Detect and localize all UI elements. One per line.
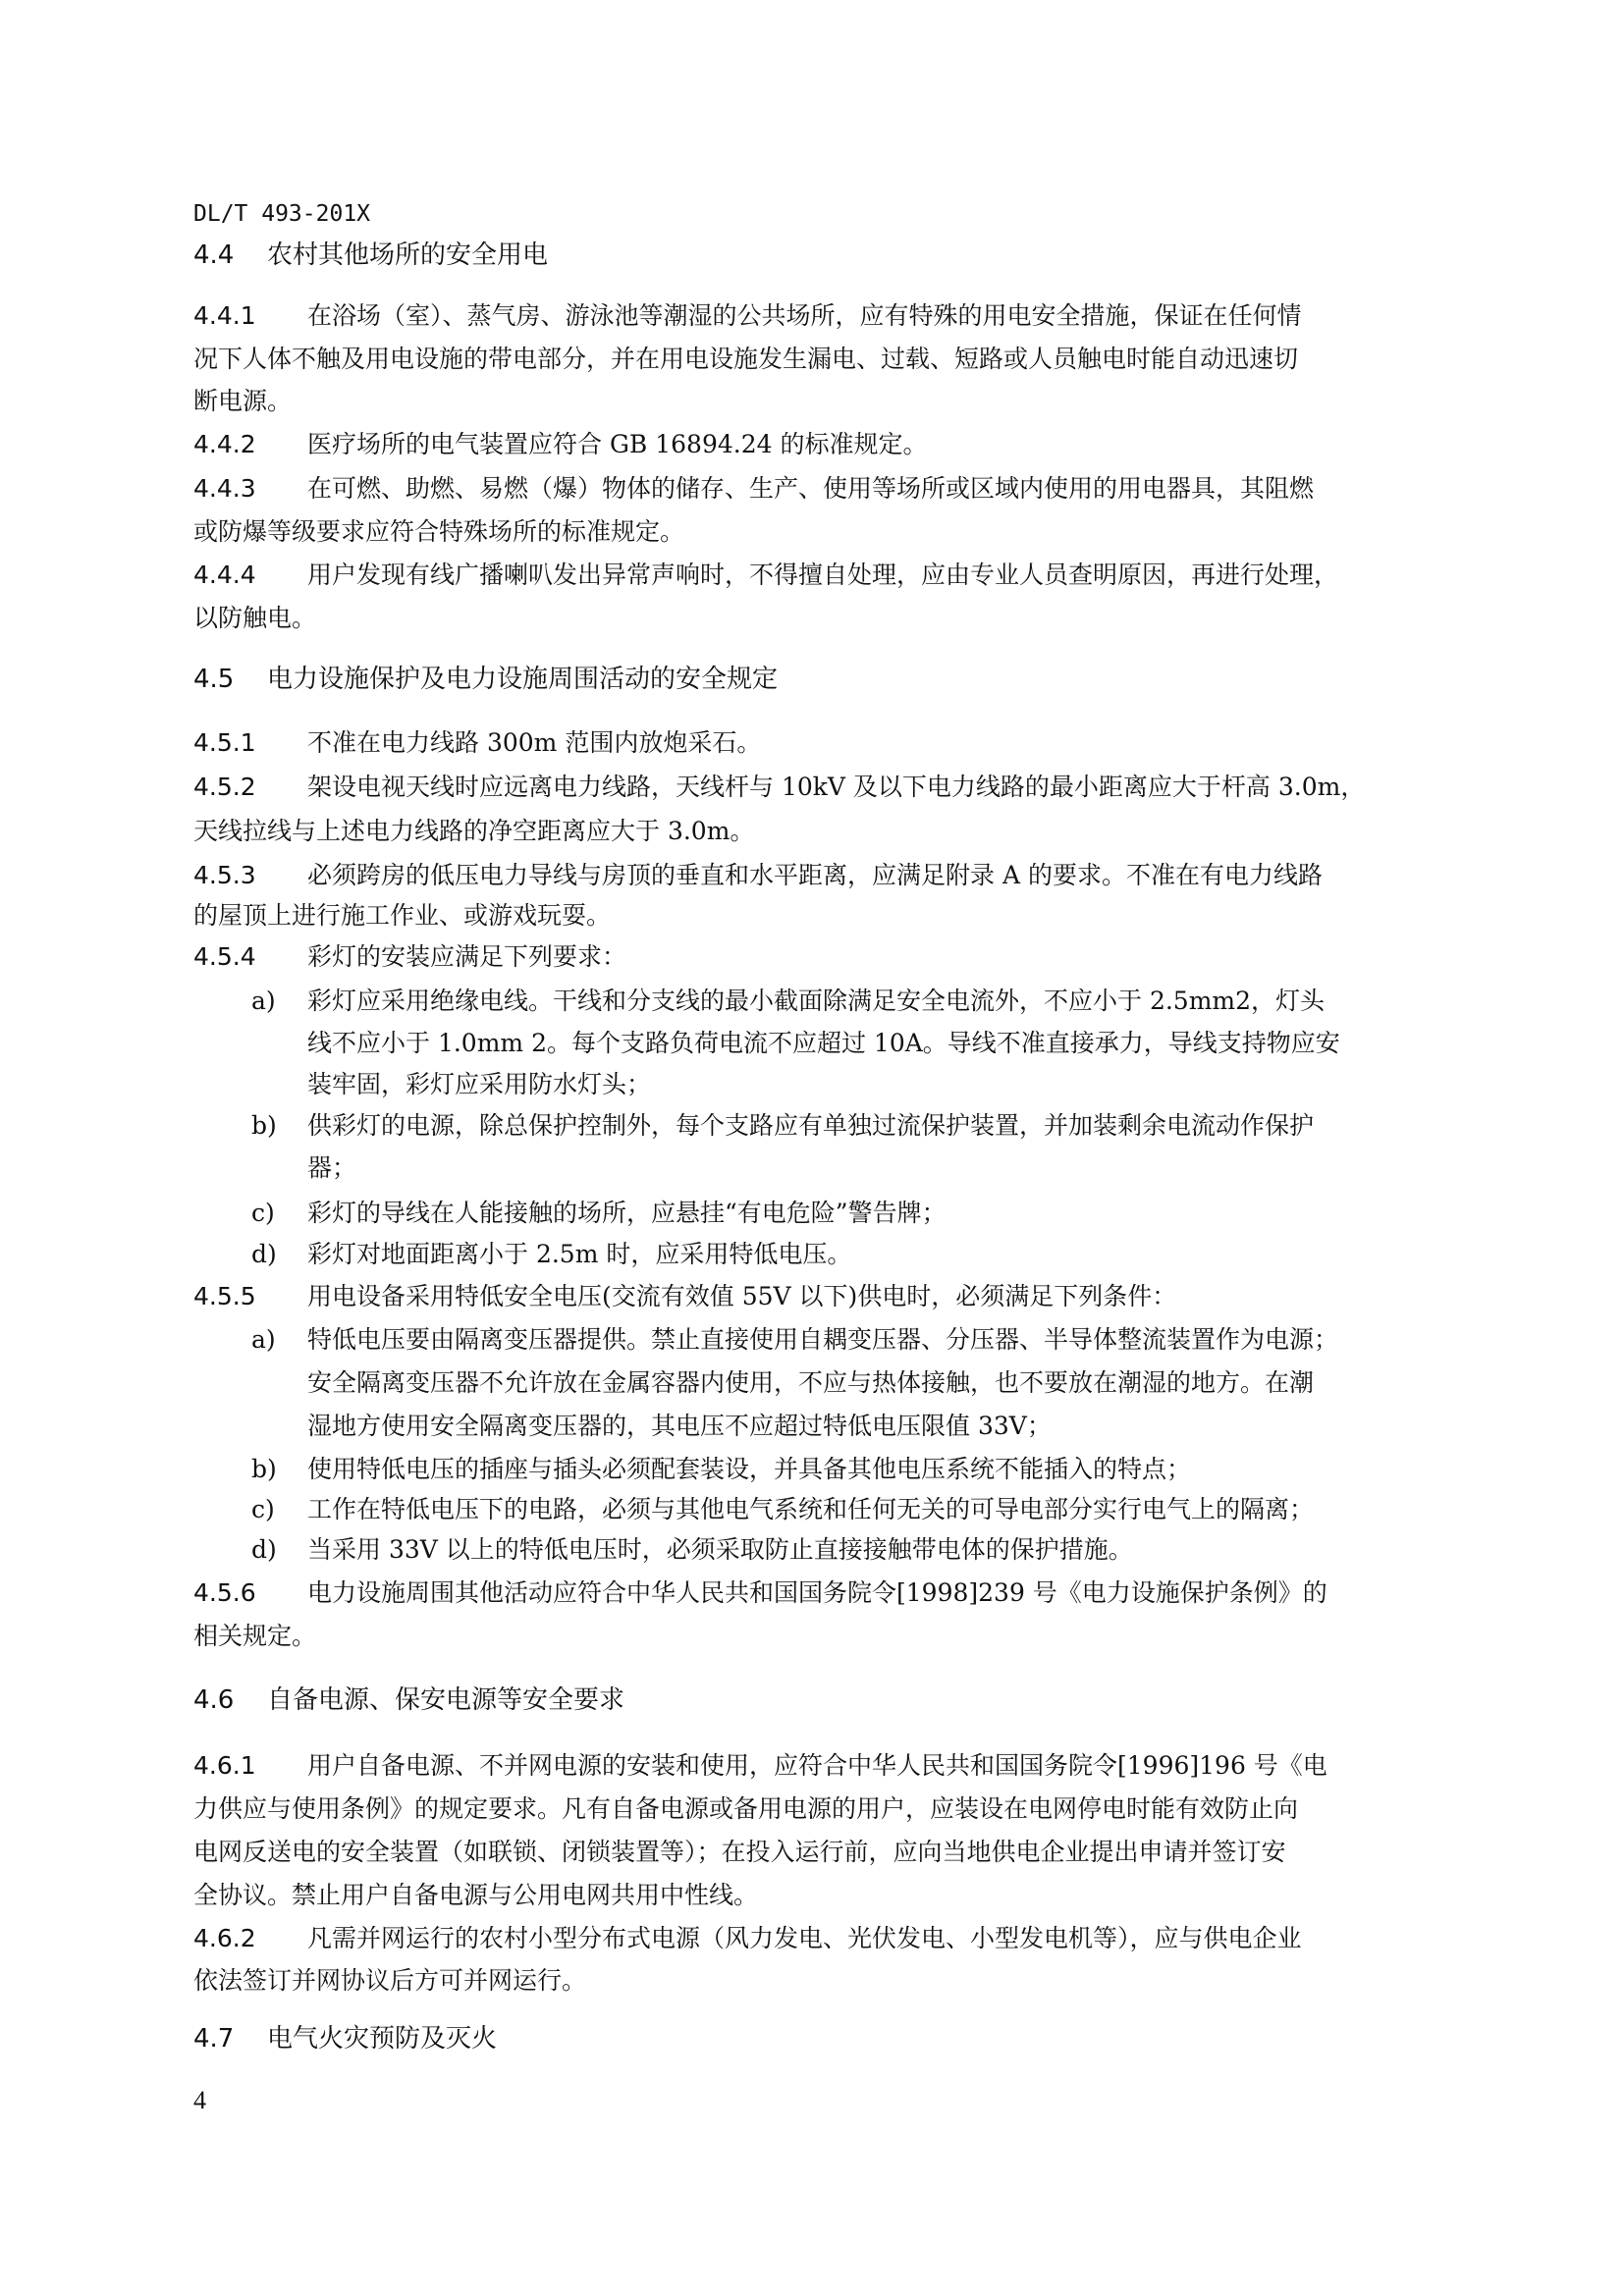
clause-text: 用户发现有线广播喇叭发出异常声响时，不得擅自处理，应由专业人员查明原因，再进行处… — [307, 561, 1338, 589]
clause-4-6-1: 4.6.1用户自备电源、不并网电源的安装和使用，应符合中华人民共和国国务院令[1… — [193, 1751, 1327, 1781]
clause-4-5-5: 4.5.5用电设备采用特低安全电压(交流有效值 55V 以下)供电时，必须满足下… — [193, 1282, 1176, 1311]
clause-4-5-1: 4.5.1不准在电力线路 300m 范围内放炮采石。 — [193, 728, 761, 758]
section-title: 自备电源、保安电源等安全要求 — [267, 1685, 624, 1715]
clause-4-4-1-line-3: 断电源。 — [193, 387, 292, 416]
clause-number: 4.5.1 — [193, 728, 307, 758]
clause-4-5-4: 4.5.4彩灯的安装应满足下列要求： — [193, 942, 626, 972]
clause-4-6-2: 4.6.2凡需并网运行的农村小型分布式电源（风力发电、光伏发电、小型发电机等），… — [193, 1924, 1302, 1953]
section-heading-4-6: 4.6自备电源、保安电源等安全要求 — [193, 1685, 624, 1715]
page-number: 4 — [193, 2086, 206, 2115]
clause-4-5-2-line-2: 天线拉线与上述电力线路的净空距离应大于 3.0m。 — [193, 817, 754, 846]
list-marker: a) — [251, 1325, 276, 1355]
list-item-a-line-1: 彩灯应采用绝缘电线。干线和分支线的最小截面除满足安全电流外，不应小于 2.5mm… — [307, 987, 1325, 1016]
list-marker: b) — [251, 1455, 277, 1484]
clause-4-6-1-line-4: 全协议。禁止用户自备电源与公用电网共用中性线。 — [193, 1881, 758, 1910]
clause-text: 在浴场（室）、蒸气房、游泳池等潮湿的公共场所，应有特殊的用电安全措施，保证在任何… — [307, 301, 1302, 330]
section-heading-4-7: 4.7电气火灾预防及灭火 — [193, 2024, 497, 2054]
clause-4-4-1-line-2: 况下人体不触及用电设施的带电部分，并在用电设施发生漏电、过载、短路或人员触电时能… — [193, 345, 1298, 374]
list-item-b: 使用特低电压的插座与插头必须配套装设，并具备其他电压系统不能插入的特点； — [307, 1455, 1191, 1484]
clause-text: 必须跨房的低压电力导线与房顶的垂直和水平距离，应满足附录 A 的要求。不准在有电… — [307, 861, 1323, 889]
clause-number: 4.4.2 — [193, 430, 307, 459]
clause-text: 凡需并网运行的农村小型分布式电源（风力发电、光伏发电、小型发电机等），应与供电企… — [307, 1924, 1302, 1952]
list-marker: c) — [251, 1495, 275, 1524]
clause-4-4-2: 4.4.2医疗场所的电气装置应符合 GB 16894.24 的标准规定。 — [193, 430, 927, 459]
clause-text: 医疗场所的电气装置应符合 GB 16894.24 的标准规定。 — [307, 430, 927, 458]
list-marker: d) — [251, 1535, 277, 1565]
list-item-a-line-1: 特低电压要由隔离变压器提供。禁止直接使用自耦变压器、分压器、半导体整流装置作为电… — [307, 1325, 1338, 1355]
list-marker: a) — [251, 987, 276, 1016]
list-marker: b) — [251, 1111, 277, 1141]
clause-text: 不准在电力线路 300m 范围内放炮采石。 — [307, 728, 761, 757]
clause-4-4-4-line-2: 以防触电。 — [193, 604, 316, 633]
clause-text: 用电设备采用特低安全电压(交流有效值 55V 以下)供电时，必须满足下列条件： — [307, 1282, 1176, 1310]
document-id: DL/T 493-201X — [193, 199, 370, 229]
section-number: 4.7 — [193, 2024, 267, 2054]
clause-4-6-2-line-2: 依法签订并网协议后方可并网运行。 — [193, 1966, 586, 1996]
list-item-b-line-2: 器； — [307, 1153, 356, 1183]
clause-4-6-1-line-2: 力供应与使用条例》的规定要求。凡有自备电源或备用电源的用户，应装设在电网停电时能… — [193, 1794, 1298, 1824]
clause-number: 4.6.1 — [193, 1751, 307, 1781]
clause-4-5-6-line-2: 相关规定。 — [193, 1622, 316, 1651]
list-item-a-line-3: 装牢固，彩灯应采用防水灯头； — [307, 1070, 651, 1099]
clause-number: 4.4.4 — [193, 561, 307, 590]
section-number: 4.4 — [193, 240, 267, 270]
clause-4-5-2: 4.5.2架设电视天线时应远离电力线路，天线杆与 10kV 及以下电力线路的最小… — [193, 773, 1365, 802]
clause-text: 架设电视天线时应远离电力线路，天线杆与 10kV 及以下电力线路的最小距离应大于… — [307, 773, 1365, 801]
section-heading-4-4: 4.4农村其他场所的安全用电 — [193, 240, 548, 270]
clause-number: 4.5.3 — [193, 861, 307, 890]
section-number: 4.5 — [193, 665, 267, 694]
clause-text: 电力设施周围其他活动应符合中华人民共和国国务院令[1998]239 号《电力设施… — [307, 1578, 1327, 1607]
list-item-a-line-3: 湿地方使用安全隔离变压器的，其电压不应超过特低电压限值 33V； — [307, 1412, 1052, 1441]
clause-number: 4.5.4 — [193, 942, 307, 972]
clause-4-5-6: 4.5.6电力设施周围其他活动应符合中华人民共和国国务院令[1998]239 号… — [193, 1578, 1327, 1608]
clause-4-5-3-line-2: 的屋顶上进行施工作业、或游戏玩耍。 — [193, 901, 611, 931]
list-item-d: 彩灯对地面距离小于 2.5m 时，应采用特低电压。 — [307, 1240, 851, 1269]
clause-number: 4.4.1 — [193, 301, 307, 331]
section-number: 4.6 — [193, 1685, 267, 1715]
clause-number: 4.4.3 — [193, 474, 307, 504]
clause-number: 4.5.5 — [193, 1282, 307, 1311]
list-item-b-line-1: 供彩灯的电源，除总保护控制外，每个支路应有单独过流保护装置，并加装剩余电流动作保… — [307, 1111, 1314, 1141]
list-item-d: 当采用 33V 以上的特低电压时，必须采取防止直接接触带电体的保护措施。 — [307, 1535, 1133, 1565]
clause-4-4-4: 4.4.4用户发现有线广播喇叭发出异常声响时，不得擅自处理，应由专业人员查明原因… — [193, 561, 1338, 590]
list-item-a-line-2: 线不应小于 1.0mm 2。每个支路负荷电流不应超过 10A。导线不准直接承力，… — [307, 1029, 1340, 1058]
list-marker: d) — [251, 1240, 277, 1269]
clause-number: 4.5.6 — [193, 1578, 307, 1608]
list-item-c: 彩灯的导线在人能接触的场所，应悬挂“有电危险”警告牌； — [307, 1199, 947, 1228]
section-title: 电气火灾预防及灭火 — [267, 2024, 497, 2054]
list-item-c: 工作在特低电压下的电路，必须与其他电气系统和任何无关的可导电部分实行电气上的隔离… — [307, 1495, 1314, 1524]
clause-4-5-3: 4.5.3必须跨房的低压电力导线与房顶的垂直和水平距离，应满足附录 A 的要求。… — [193, 861, 1323, 890]
clause-4-4-3: 4.4.3在可燃、助燃、易燃（爆）物体的储存、生产、使用等场所或区域内使用的用电… — [193, 474, 1314, 504]
list-item-a-line-2: 安全隔离变压器不允许放在金属容器内使用，不应与热体接触，也不要放在潮湿的地方。在… — [307, 1368, 1314, 1398]
clause-number: 4.5.2 — [193, 773, 307, 802]
clause-text: 用户自备电源、不并网电源的安装和使用，应符合中华人民共和国国务院令[1996]1… — [307, 1751, 1327, 1780]
clause-4-4-3-line-2: 或防爆等级要求应符合特殊场所的标准规定。 — [193, 517, 684, 547]
list-marker: c) — [251, 1199, 275, 1228]
section-heading-4-5: 4.5电力设施保护及电力设施周围活动的安全规定 — [193, 665, 778, 694]
section-title: 农村其他场所的安全用电 — [267, 240, 548, 270]
clause-text: 在可燃、助燃、易燃（爆）物体的储存、生产、使用等场所或区域内使用的用电器具，其阻… — [307, 474, 1314, 503]
clause-4-4-1: 4.4.1在浴场（室）、蒸气房、游泳池等潮湿的公共场所，应有特殊的用电安全措施，… — [193, 301, 1466, 331]
clause-4-6-1-line-3: 电网反送电的安全装置（如联锁、闭锁装置等）；在投入运行前，应向当地供电企业提出申… — [193, 1838, 1286, 1867]
clause-number: 4.6.2 — [193, 1924, 307, 1953]
section-title: 电力设施保护及电力设施周围活动的安全规定 — [267, 665, 778, 694]
clause-text: 彩灯的安装应满足下列要求： — [307, 942, 626, 971]
